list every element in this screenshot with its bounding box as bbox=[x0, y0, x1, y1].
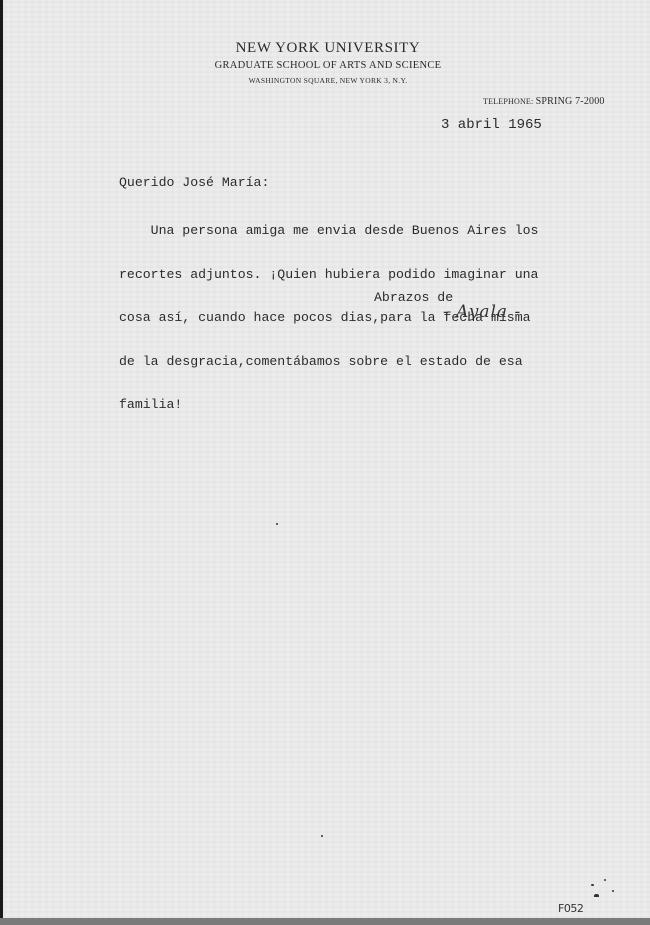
scan-speck bbox=[594, 894, 599, 897]
scan-speck bbox=[591, 884, 594, 886]
body-line: de la desgracia,comentábamos sobre el es… bbox=[119, 355, 538, 370]
letter-page: NEW YORK UNIVERSITY GRADUATE SCHOOL OF A… bbox=[3, 0, 650, 918]
handwritten-signature: - Ayala - bbox=[443, 302, 521, 322]
letterhead-address: WASHINGTON SQUARE, NEW YORK 3, N.Y. bbox=[3, 76, 650, 85]
letter-date: 3 abril 1965 bbox=[441, 117, 542, 133]
letter-closing: Abrazos de bbox=[374, 290, 453, 305]
body-line: recortes adjuntos. ¡Quien hubiera podido… bbox=[119, 268, 538, 283]
letter-greeting: Querido José María: bbox=[119, 175, 269, 190]
telephone-number: SPRING 7-2000 bbox=[536, 96, 605, 107]
body-line: Una persona amiga me envia desde Buenos … bbox=[119, 224, 538, 239]
scan-speck bbox=[276, 523, 278, 525]
scan-speck bbox=[604, 879, 606, 881]
letterhead-telephone: TELEPHONE: SPRING 7-2000 bbox=[483, 96, 605, 107]
scan-speck bbox=[321, 835, 323, 837]
body-line: familia! bbox=[119, 398, 538, 413]
scan-speck bbox=[612, 890, 614, 892]
archive-mark: F052 bbox=[558, 902, 583, 915]
scan-bottom-edge bbox=[0, 918, 650, 925]
letterhead-school: GRADUATE SCHOOL OF ARTS AND SCIENCE bbox=[3, 60, 650, 71]
letterhead-institution: NEW YORK UNIVERSITY bbox=[3, 40, 650, 57]
telephone-label: TELEPHONE: bbox=[483, 97, 533, 106]
